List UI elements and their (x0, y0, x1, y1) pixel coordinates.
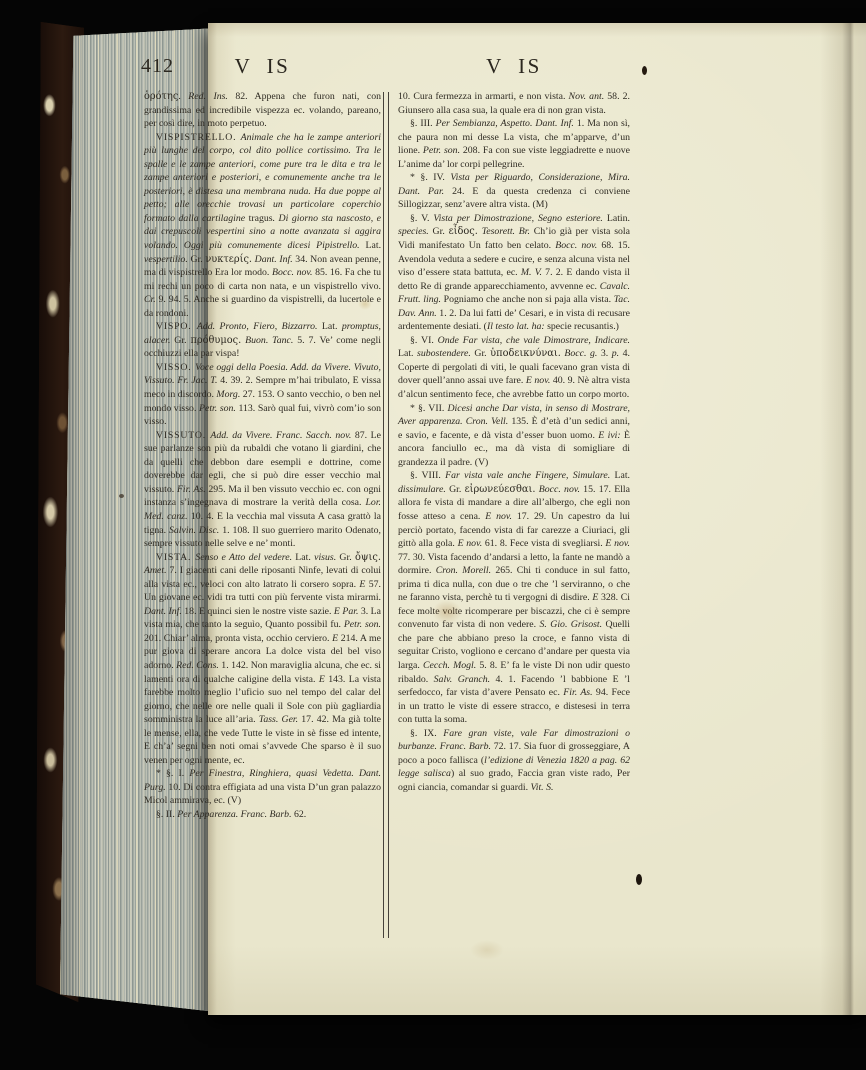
text-run: VISPISTRELLO. (156, 132, 241, 143)
text-run: §. IX. (410, 728, 443, 739)
text-run: 62. (292, 809, 307, 820)
text-run: Gr. (471, 348, 490, 359)
text-run: Add. da Vivere. Franc. Sacch. nov. (210, 430, 351, 441)
text-run: E nov. (458, 538, 483, 549)
text-run: Gr. (446, 484, 465, 495)
entry-vispo: VISPO. Add. Pronto, Fiero, Bizzarro. Lat… (144, 320, 381, 361)
section-3: §. III. Per Sembianza, Aspetto. Dant. In… (398, 117, 630, 171)
text-run: VISSUTO. (156, 430, 210, 441)
text-run: §. II. (156, 809, 177, 820)
text-run: vespertilio. (144, 254, 188, 265)
section-1: * §. I. Per Finestra, Ringhiera, quasi V… (144, 767, 381, 808)
page-edge-speck (636, 874, 642, 885)
text-run: Add. Pronto, Fiero, Bizzarro. (197, 321, 318, 332)
text-run: Senso e Atto del vedere. (195, 552, 292, 563)
text-run: Buon. Tanc. (245, 335, 293, 346)
gutter-shadow (820, 23, 866, 1015)
text-run: εἰρωνεύεσθαι. (465, 484, 536, 495)
text-run: 3. (597, 348, 611, 359)
book-photo: 412 V IS V IS ὁρότης. Red. Ins. 82. Appe… (0, 0, 866, 1070)
text-run: Red. Cons. (176, 660, 219, 671)
text-run: §. V. (410, 213, 433, 224)
text-run: visus. (314, 552, 336, 563)
text-run: 18. E quinci sien le nostre viste sazie. (182, 606, 334, 617)
text-run: Cr. (144, 294, 156, 305)
text-run: M. V. (521, 267, 542, 278)
text-run: p. (612, 348, 619, 359)
text-run: πρόθυμος. (190, 335, 241, 346)
text-run: dissimulare. (398, 484, 446, 495)
text-run: Petr. son. (199, 403, 236, 414)
entry-vissuto: VISSUTO. Add. da Vivere. Franc. Sacch. n… (144, 429, 381, 551)
text-run: Per Sembianza, Aspetto. Dant. Inf. (436, 118, 574, 129)
paper-stain (470, 940, 504, 960)
text-run: ὄψις. (355, 552, 381, 563)
text-run: νυκτερίς. (205, 254, 252, 265)
text-run: Fir. As. (177, 484, 206, 495)
text-run: E ivi: (598, 430, 620, 441)
text-run: Red. Ins. (188, 91, 228, 102)
text-run: Salv. Granch. (434, 674, 490, 685)
text-run: Il testo lat. ha: (487, 321, 545, 332)
text-run: VISSO. (156, 362, 195, 373)
text-run: 7. I giacenti cani delle riposanti Ninfe… (144, 565, 381, 590)
text-run: Vista per Dimostrazione, Segno esteriore… (433, 213, 602, 224)
text-run: * §. IV. (410, 172, 450, 183)
text-run: 201. Chiar’ alma, pronta vista, occhio c… (144, 633, 332, 644)
text-run: Gr. (170, 335, 190, 346)
text-run: 61. 8. Fece vista di svegliarsi. (482, 538, 605, 549)
text-run: Bocc. nov. (555, 240, 597, 251)
page-edge-speck (642, 66, 647, 75)
text-run: VISPO. (156, 321, 197, 332)
text-run: Petr. son. (344, 619, 381, 630)
text-run: E nov. (485, 511, 512, 522)
section-6: §. VI. Onde Far vista, che vale Dimostra… (398, 334, 630, 402)
text-run: Onde Far vista, che vale Dimostrare, Ind… (438, 335, 630, 346)
section-2-continuation: 10. Cura fermezza in armarti, e non vist… (398, 90, 630, 117)
text-run: Amet. (144, 565, 167, 576)
text-run: E nov. (526, 375, 550, 386)
text-run: Lat. (610, 470, 630, 481)
paper-stain (432, 600, 462, 624)
text-run: species. (398, 226, 429, 237)
text-run: Latin. (603, 213, 630, 224)
text-run: Vit. S. (530, 782, 553, 793)
text-run: Cecch. Mogl. (423, 660, 476, 671)
text-run: Cron. Morell. (436, 565, 491, 576)
section-7: * §. VII. Dicesi anche Dar vista, in sen… (398, 402, 630, 470)
text-run: specie recusantis.) (545, 321, 619, 332)
text-run: Tass. Ger. (259, 714, 298, 725)
text-run: Bocc. g. (564, 348, 597, 359)
running-head-right: V IS (398, 54, 630, 79)
text-run: E nov. (605, 538, 630, 549)
entry-vispistrello: VISPISTRELLO. Animale che ha le zampe an… (144, 131, 381, 321)
text-run: Animale che ha le zampe anteriori più lu… (144, 132, 381, 224)
text-run: Far vista vale anche Fingere, Simulare. (445, 470, 610, 481)
text-run: ὁρότης (144, 91, 178, 102)
text-run: subostendere. (417, 348, 471, 359)
text-run: Lat. (398, 348, 417, 359)
text-run: Tesorett. Br. (482, 226, 530, 237)
text-run: * §. VII. (410, 403, 447, 414)
column-divider-rule (383, 92, 389, 938)
text-run: . (178, 91, 188, 102)
text-run: 9. 94. 5. Anche si guardino da vispistre… (144, 294, 381, 319)
text-run: Petr. son. (423, 145, 460, 156)
entry-vispezza-continuation: ὁρότης. Red. Ins. 82. Appena che furon n… (144, 90, 381, 131)
section-4: * §. IV. Vista per Riguardo, Considerazi… (398, 171, 630, 212)
running-head-left: V IS (144, 54, 381, 79)
section-2: §. II. Per Apparenza. Franc. Barb. 62. (144, 808, 381, 822)
text-column-right: 10. Cura fermezza in armarti, e non vist… (398, 90, 630, 794)
text-run: Gr. (188, 254, 206, 265)
text-run: Bocc. nov. (272, 267, 313, 278)
section-9: §. IX. Fare gran viste, vale Far dimostr… (398, 727, 630, 795)
margin-ink-mark (119, 494, 124, 498)
text-run: 10. Di contra effigiata ad una vista D’u… (144, 782, 381, 807)
text-run: Dant. Inf. (144, 606, 182, 617)
text-run: Morg. (216, 389, 240, 400)
section-8: §. VIII. Far vista vale anche Fingere, S… (398, 469, 630, 726)
text-run: §. III. (410, 118, 436, 129)
text-run: S. Gio. Grisost. (540, 619, 603, 630)
entry-vista: VISTA. Senso e Atto del vedere. Lat. vis… (144, 551, 381, 768)
text-run: Gr. (429, 226, 449, 237)
text-run: Gr. (336, 552, 355, 563)
text-run: Fir. As. (563, 687, 592, 698)
text-run: VISTA. (156, 552, 195, 563)
text-run: Nov. ant. (569, 91, 605, 102)
text-run: Per Apparenza. Franc. Barb. (177, 809, 291, 820)
text-run: Bocc. nov. (539, 484, 580, 495)
text-run: 10. Cura fermezza in armarti, e non vist… (398, 91, 569, 102)
text-run: Dant. Inf. (255, 254, 293, 265)
text-run: Lat. (292, 552, 314, 563)
entry-visso: VISSO. Voce oggi della Poesia. Add. da V… (144, 361, 381, 429)
text-run: * §. I. (156, 768, 189, 779)
text-run: E Par. (334, 606, 359, 617)
text-run: Lat. (360, 240, 381, 251)
text-run: §. VIII. (410, 470, 445, 481)
text-run: ὑποδεικνύναι. (490, 348, 561, 359)
paper-stain (358, 298, 372, 310)
text-run: Lat. (317, 321, 341, 332)
text-run: Pogniamo che anche non si paja alla vist… (441, 294, 614, 305)
text-run: εἶδος. (449, 226, 478, 237)
text-run: tragus (249, 213, 273, 224)
section-5: §. V. Vista per Dimostrazione, Segno est… (398, 212, 630, 334)
text-run: §. VI. (410, 335, 438, 346)
text-column-left: ὁρότης. Red. Ins. 82. Appena che furon n… (144, 90, 381, 822)
text-run: Salvin. Disc. (169, 525, 219, 536)
